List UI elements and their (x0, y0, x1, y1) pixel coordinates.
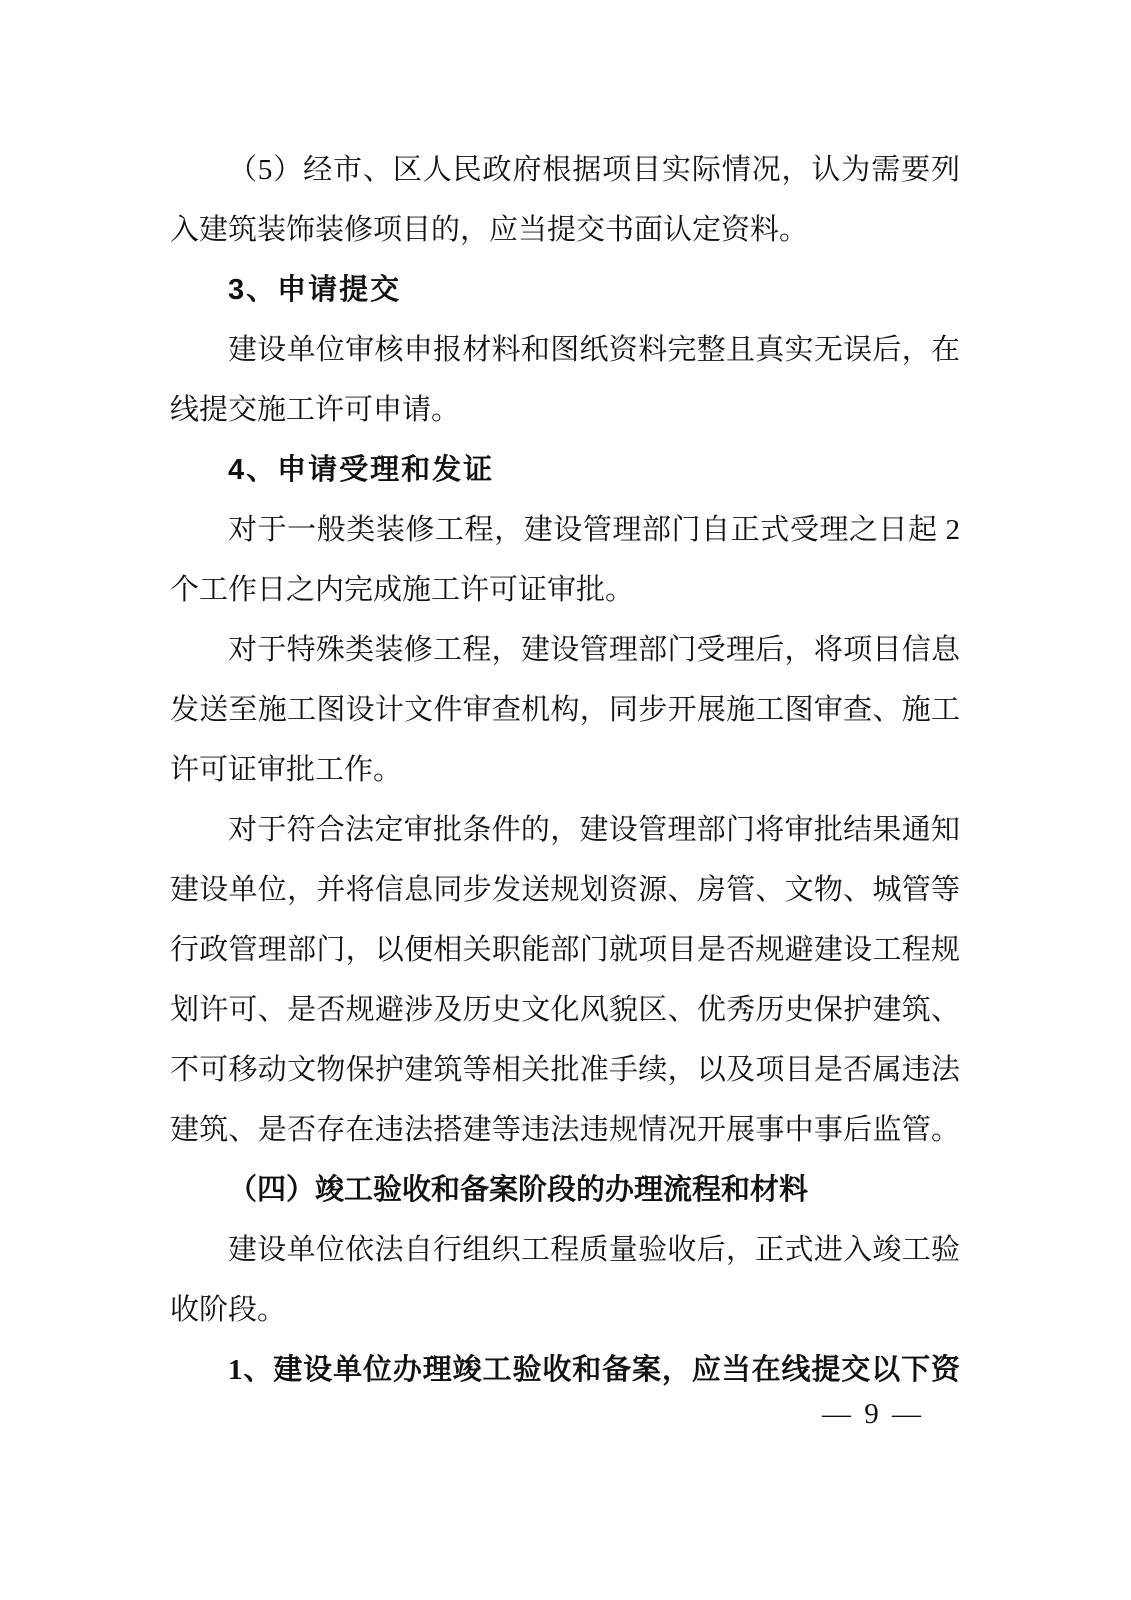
document-line: 建设单位审核申报材料和图纸资料完整且真实无误后，在 (170, 320, 960, 380)
document-line: 对于特殊类装修工程，建设管理部门受理后，将项目信息 (170, 620, 960, 680)
document-line: 对于一般类装修工程，建设管理部门自正式受理之日起 2 (170, 500, 960, 560)
document-line: 发送至施工图设计文件审查机构，同步开展施工图审查、施工 (170, 680, 960, 740)
section-heading: （四）竣工验收和备案阶段的办理流程和材料 (170, 1160, 960, 1220)
document-line: 对于符合法定审批条件的，建设管理部门将审批结果通知 (170, 800, 960, 860)
document-line: 入建筑装饰装修项目的，应当提交书面认定资料。 (170, 200, 960, 260)
document-line: 收阶段。 (170, 1280, 960, 1340)
document-page: （5）经市、区人民政府根据项目实际情况，认为需要列 入建筑装饰装修项目的，应当提… (0, 0, 1131, 1600)
document-line: 建设单位，并将信息同步发送规划资源、房管、文物、城管等 (170, 860, 960, 920)
document-line: （5）经市、区人民政府根据项目实际情况，认为需要列 (170, 140, 960, 200)
document-line: 建筑、是否存在违法搭建等违法违规情况开展事中事后监管。 (170, 1100, 960, 1160)
document-text-block: （5）经市、区人民政府根据项目实际情况，认为需要列 入建筑装饰装修项目的，应当提… (170, 140, 960, 1400)
document-line: 不可移动文物保护建筑等相关批准手续，以及项目是否属违法 (170, 1040, 960, 1100)
document-line: 线提交施工许可申请。 (170, 380, 960, 440)
document-line: 个工作日之内完成施工许可证审批。 (170, 560, 960, 620)
section-heading: 3、申请提交 (170, 260, 960, 320)
document-line: 行政管理部门，以便相关职能部门就项目是否规避建设工程规 (170, 920, 960, 980)
document-line: 许可证审批工作。 (170, 740, 960, 800)
section-heading: 1、建设单位办理竣工验收和备案，应当在线提交以下资 (170, 1340, 960, 1400)
document-line: 划许可、是否规避涉及历史文化风貌区、优秀历史保护建筑、 (170, 980, 960, 1040)
document-line: 建设单位依法自行组织工程质量验收后，正式进入竣工验 (170, 1220, 960, 1280)
section-heading: 4、申请受理和发证 (170, 440, 960, 500)
page-number: — 9 — (170, 1392, 960, 1436)
